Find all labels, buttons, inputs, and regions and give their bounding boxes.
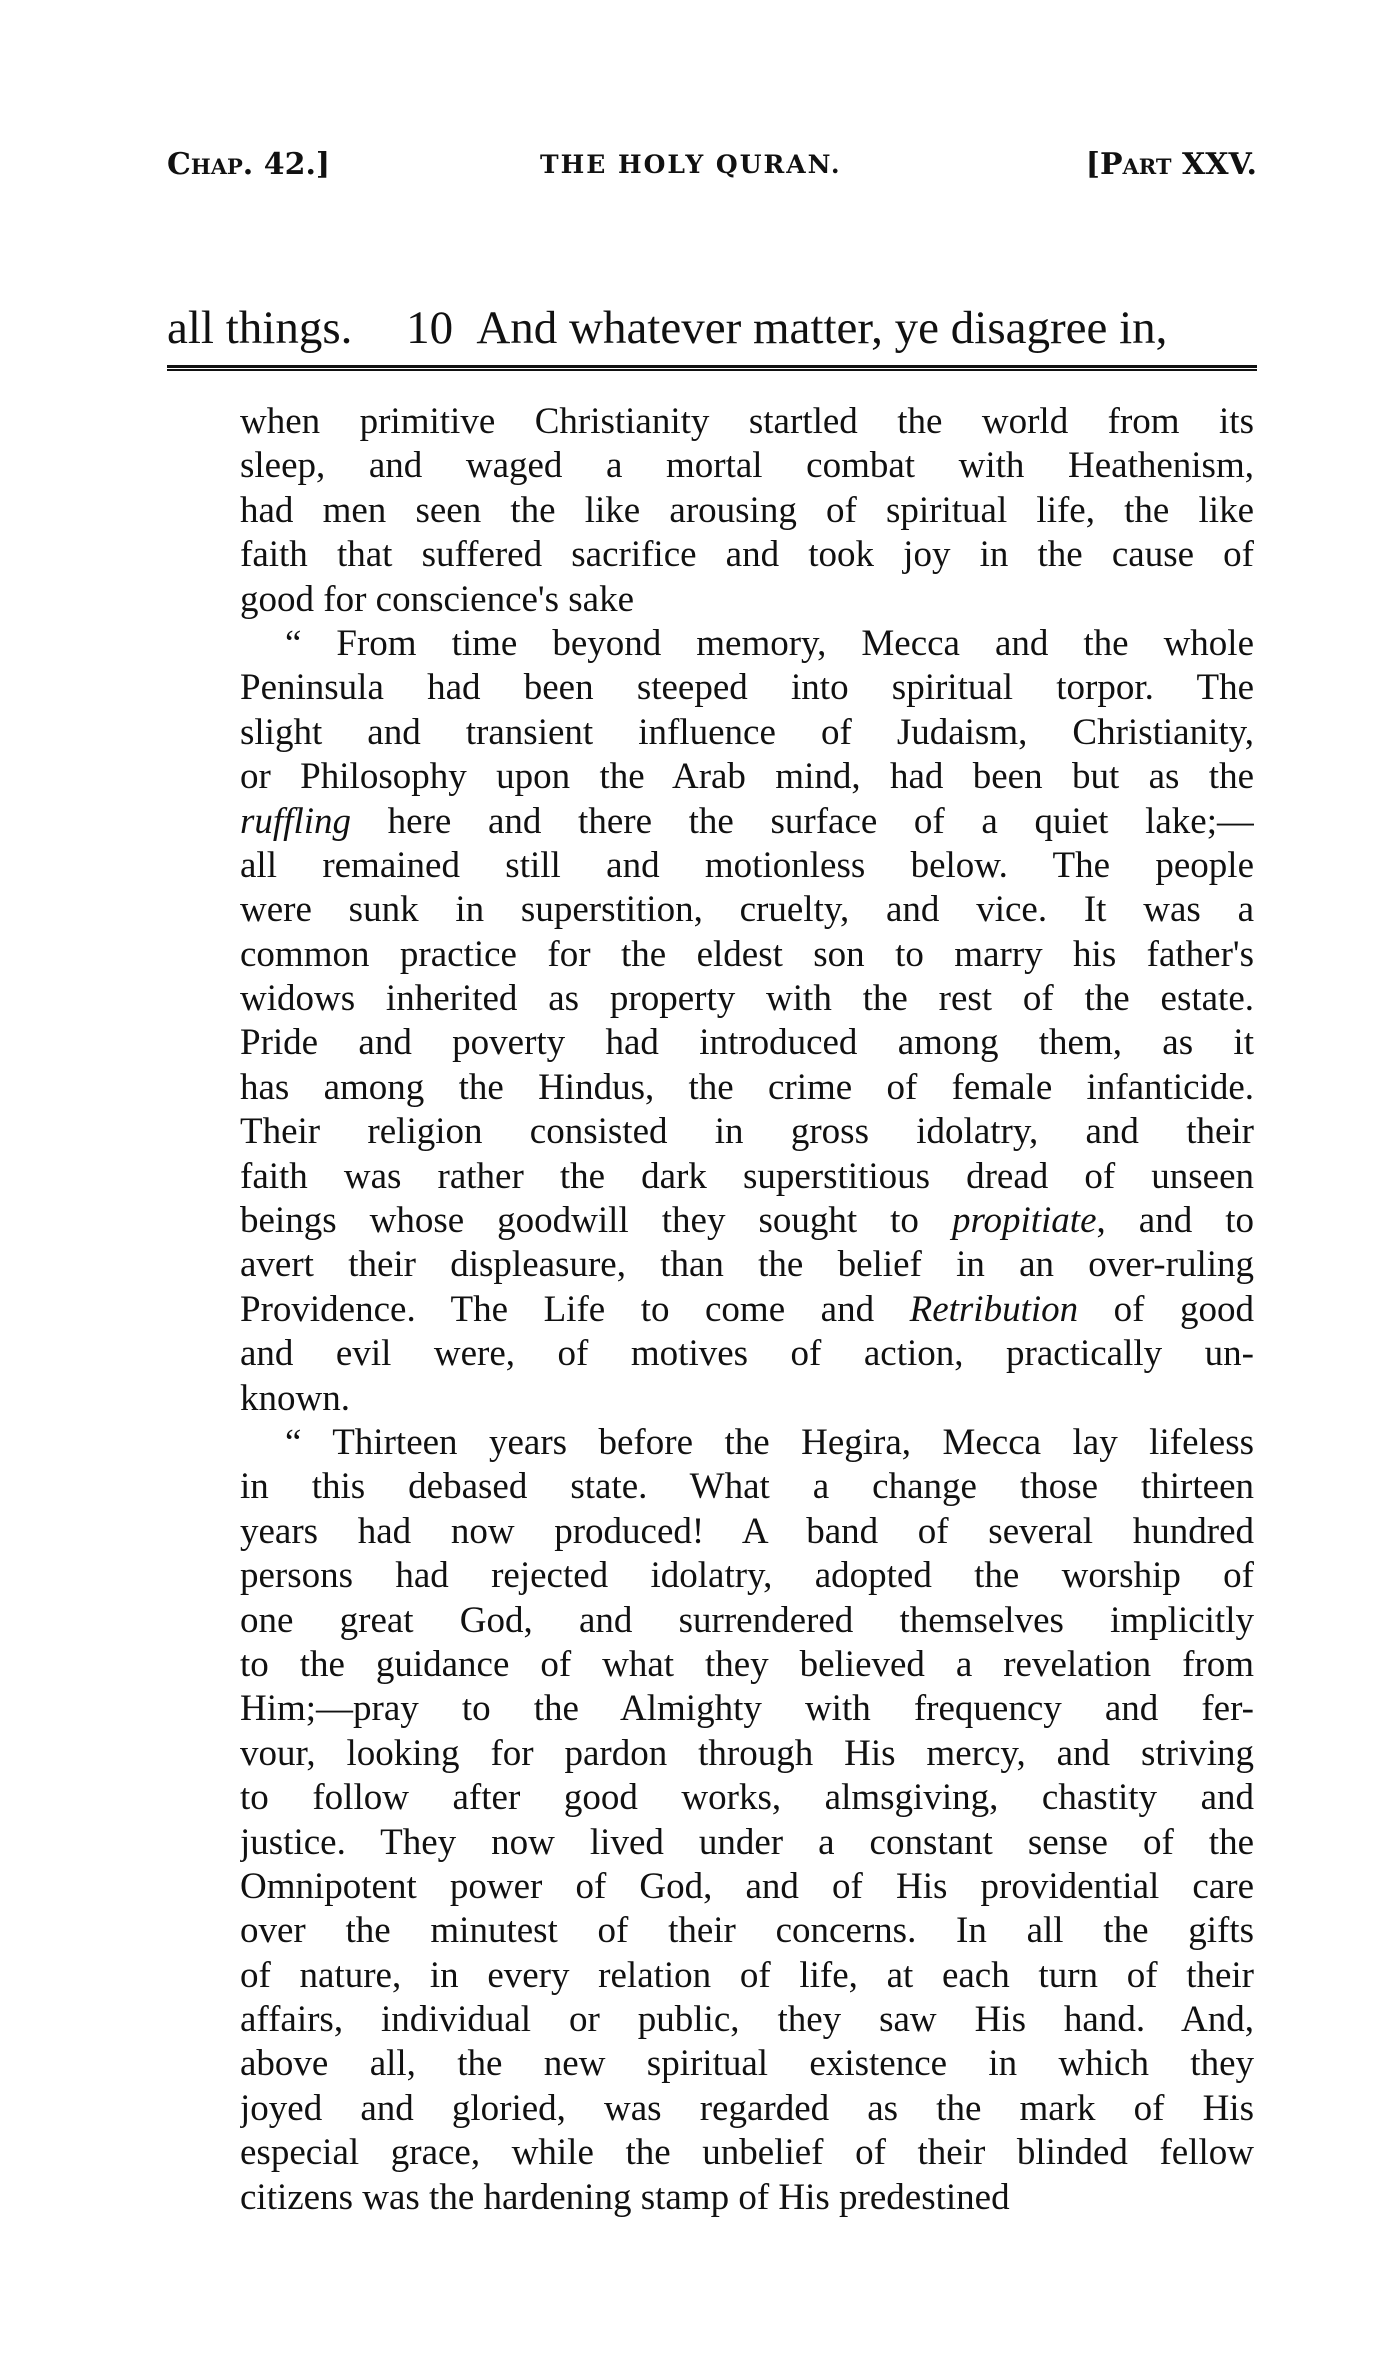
line-text: above all, the new spiritual existence i…: [240, 2043, 1254, 2084]
text-line: or Philosophy upon the Arab mind, had be…: [240, 755, 1254, 799]
text-line: persons had rejected idolatry, adopted t…: [240, 1554, 1254, 1598]
line-text: citizens was the hardening stamp of His …: [240, 2177, 1010, 2218]
text-line: when primitive Christianity startled the…: [240, 400, 1254, 444]
italic-emphasis: ruffling: [240, 801, 351, 842]
line-text: widows inherited as property with the re…: [240, 978, 1254, 1019]
text-line: joyed and gloried, was regarded as the m…: [240, 2087, 1254, 2131]
line-text: of good: [1078, 1289, 1254, 1330]
text-line: Their religion consisted in gross idolat…: [240, 1110, 1254, 1154]
chapter-label: Chap. 42.]: [167, 140, 330, 190]
line-text: to follow after good works, almsgiving, …: [240, 1777, 1254, 1818]
text-line: “ From time beyond memory, Mecca and the…: [240, 622, 1254, 666]
text-line: over the minutest of their concerns. In …: [240, 1909, 1254, 1953]
line-text: to the guidance of what they believed a …: [240, 1644, 1254, 1685]
line-text: affairs, individual or public, they saw …: [240, 1999, 1254, 2040]
line-text: persons had rejected idolatry, adopted t…: [240, 1555, 1254, 1596]
line-text: and evil were, of motives of action, pra…: [240, 1333, 1254, 1374]
line-text: has among the Hindus, the crime of femal…: [240, 1067, 1254, 1108]
line-text: or Philosophy upon the Arab mind, had be…: [240, 756, 1254, 797]
book-title: THE HOLY QURAN.: [540, 140, 842, 190]
text-line: citizens was the hardening stamp of His …: [240, 2176, 1254, 2220]
text-line: above all, the new spiritual existence i…: [240, 2042, 1254, 2086]
running-head: Chap. 42.] THE HOLY QURAN. [Part XXV.: [167, 140, 1257, 190]
line-text: good for conscience's sake: [240, 579, 634, 620]
line-text: of nature, in every relation of life, at…: [240, 1955, 1254, 1996]
line-text: slight and transient influence of Judais…: [240, 712, 1254, 753]
text-line: beings whose goodwill they sought to pro…: [240, 1199, 1254, 1243]
text-line: avert their displeasure, than the belief…: [240, 1243, 1254, 1287]
line-text: all remained still and motionless below.…: [240, 845, 1254, 886]
line-text: joyed and gloried, was regarded as the m…: [240, 2088, 1254, 2129]
double-rule-divider: [167, 365, 1257, 371]
text-line: faith that suffered sacrifice and took j…: [240, 533, 1254, 577]
line-text: when primitive Christianity startled the…: [240, 401, 1254, 442]
line-text: one great God, and surrendered themselve…: [240, 1600, 1254, 1641]
line-text: known.: [240, 1378, 350, 1419]
line-text: common practice for the eldest son to ma…: [240, 934, 1254, 975]
text-line: all remained still and motionless below.…: [240, 844, 1254, 888]
text-line: widows inherited as property with the re…: [240, 977, 1254, 1021]
verse-text-line: all things. 10 And whatever matter, ye d…: [167, 300, 1257, 356]
text-line: to the guidance of what they believed a …: [240, 1643, 1254, 1687]
line-text: beings whose goodwill they sought to: [240, 1200, 952, 1241]
text-line: Peninsula had been steeped into spiritua…: [240, 666, 1254, 710]
line-text: justice. They now lived under a constant…: [240, 1822, 1254, 1863]
line-text: sleep, and waged a mortal combat with He…: [240, 445, 1254, 486]
text-line: affairs, individual or public, they saw …: [240, 1998, 1254, 2042]
line-text: Omnipotent power of God, and of His prov…: [240, 1866, 1254, 1907]
text-line: vour, looking for pardon through His mer…: [240, 1732, 1254, 1776]
text-line: good for conscience's sake: [240, 578, 1254, 622]
text-line: known.: [240, 1377, 1254, 1421]
part-label: [Part XXV.: [1086, 140, 1257, 190]
line-text: faith was rather the dark superstitious …: [240, 1156, 1254, 1197]
text-line: has among the Hindus, the crime of femal…: [240, 1066, 1254, 1110]
verse-number: 10: [406, 302, 453, 354]
line-text: Peninsula had been steeped into spiritua…: [240, 667, 1254, 708]
verse-text: And whatever matter, ye disagree in,: [476, 302, 1167, 354]
line-text: were sunk in superstition, cruelty, and …: [240, 889, 1254, 930]
italic-emphasis: Retribution: [910, 1289, 1079, 1330]
line-text: avert their displeasure, than the belief…: [240, 1244, 1254, 1285]
commentary-block: when primitive Christianity startled the…: [240, 400, 1254, 2220]
line-text: Pride and poverty had introduced among t…: [240, 1022, 1254, 1063]
text-line: slight and transient influence of Judais…: [240, 711, 1254, 755]
text-line: in this debased state. What a change tho…: [240, 1465, 1254, 1509]
text-line: of nature, in every relation of life, at…: [240, 1954, 1254, 1998]
line-text: years had now produced! A band of severa…: [240, 1511, 1254, 1552]
text-line: Providence. The Life to come and Retribu…: [240, 1288, 1254, 1332]
text-line: sleep, and waged a mortal combat with He…: [240, 444, 1254, 488]
line-text: “ From time beyond memory, Mecca and the…: [285, 623, 1254, 664]
line-text: had men seen the like arousing of spirit…: [240, 490, 1254, 531]
line-text: especial grace, while the unbelief of th…: [240, 2132, 1254, 2173]
text-line: especial grace, while the unbelief of th…: [240, 2131, 1254, 2175]
text-line: Omnipotent power of God, and of His prov…: [240, 1865, 1254, 1909]
line-text: here and there the surface of a quiet la…: [351, 801, 1254, 842]
text-line: common practice for the eldest son to ma…: [240, 933, 1254, 977]
text-line: “ Thirteen years before the Hegira, Mecc…: [240, 1421, 1254, 1465]
text-line: Pride and poverty had introduced among t…: [240, 1021, 1254, 1065]
line-text: Providence. The Life to come and: [240, 1289, 910, 1330]
line-text: “ Thirteen years before the Hegira, Mecc…: [285, 1422, 1254, 1463]
line-text: Him;—pray to the Almighty with frequency…: [240, 1688, 1254, 1729]
text-line: to follow after good works, almsgiving, …: [240, 1776, 1254, 1820]
line-text: , and to: [1097, 1200, 1254, 1241]
text-line: and evil were, of motives of action, pra…: [240, 1332, 1254, 1376]
line-text: faith that suffered sacrifice and took j…: [240, 534, 1254, 575]
text-line: one great God, and surrendered themselve…: [240, 1599, 1254, 1643]
text-line: Him;—pray to the Almighty with frequency…: [240, 1687, 1254, 1731]
text-line: ruffling here and there the surface of a…: [240, 800, 1254, 844]
text-line: faith was rather the dark superstitious …: [240, 1155, 1254, 1199]
verse-continuation: all things.: [167, 302, 352, 354]
line-text: in this debased state. What a change tho…: [240, 1466, 1254, 1507]
italic-emphasis: propitiate: [952, 1200, 1097, 1241]
line-text: Their religion consisted in gross idolat…: [240, 1111, 1254, 1152]
text-line: were sunk in superstition, cruelty, and …: [240, 888, 1254, 932]
text-line: justice. They now lived under a constant…: [240, 1821, 1254, 1865]
line-text: over the minutest of their concerns. In …: [240, 1910, 1254, 1951]
line-text: vour, looking for pardon through His mer…: [240, 1733, 1254, 1774]
text-line: had men seen the like arousing of spirit…: [240, 489, 1254, 533]
text-line: years had now produced! A band of severa…: [240, 1510, 1254, 1554]
